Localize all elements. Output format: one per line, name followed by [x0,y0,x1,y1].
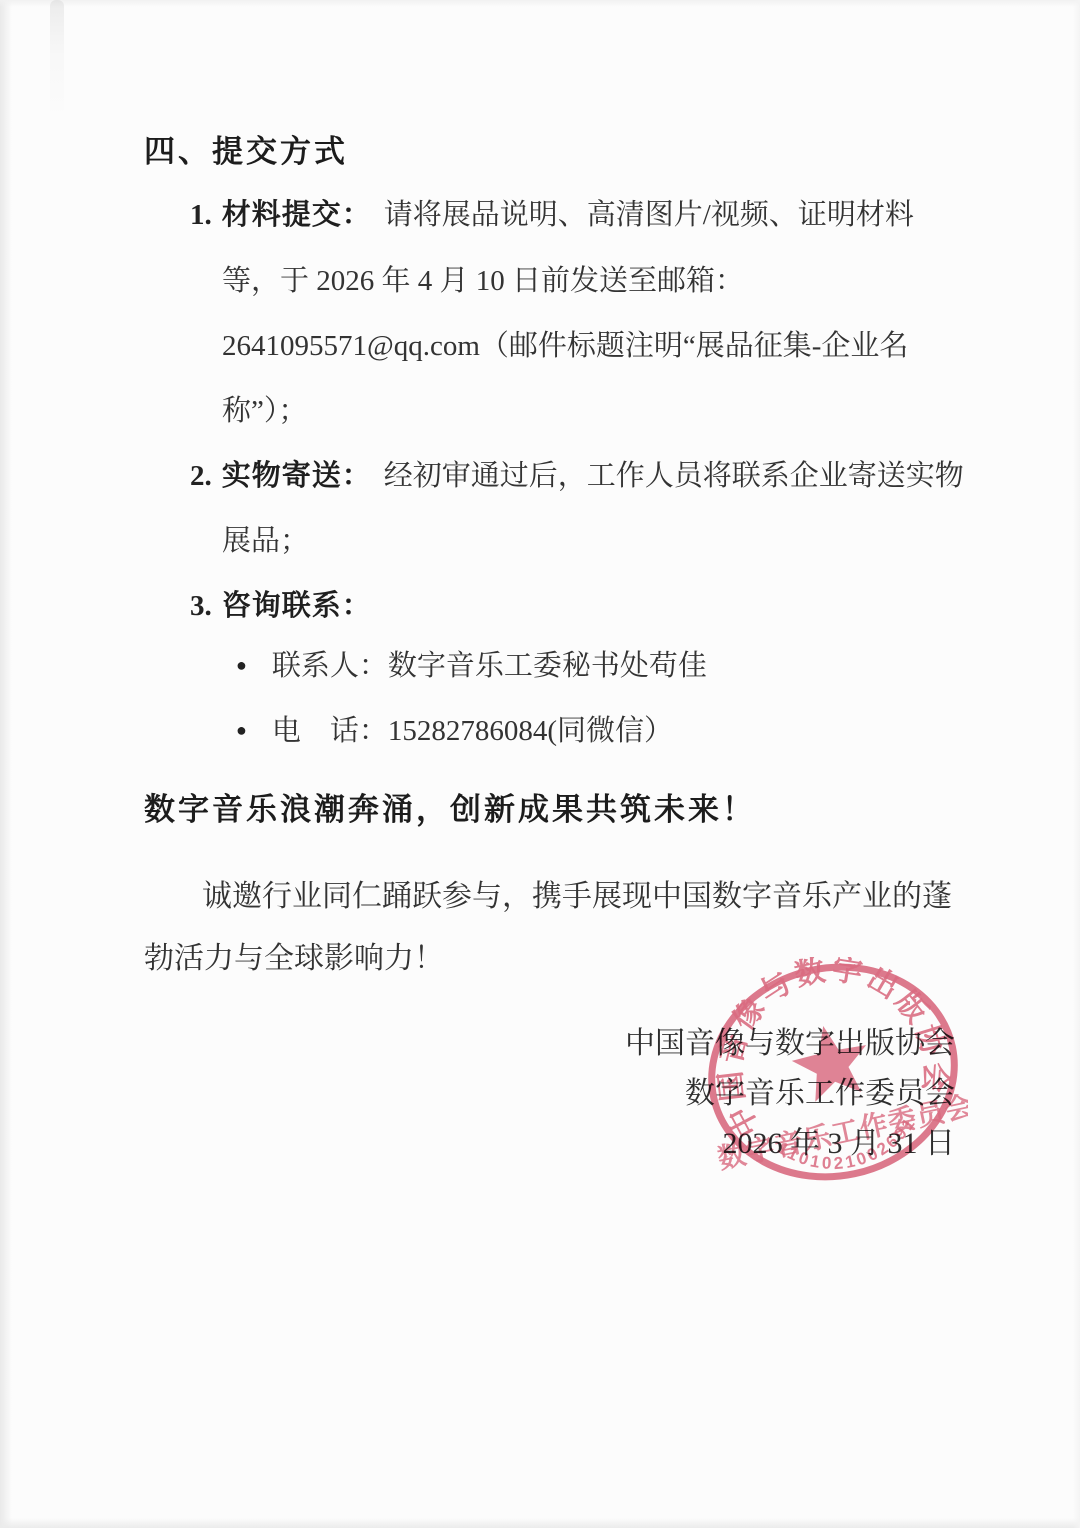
list-item-number: 3. [190,590,212,622]
list-item-label: 实物寄送： [222,460,372,492]
bullet-icon: ● [236,720,247,741]
slogan-line: 数字音乐浪潮奔涌，创新成果共筑未来！ [144,784,756,829]
list-item-2-line-1: 2.实物寄送：经初审通过后，工作人员将联系企业寄送实物 [190,453,964,494]
list-item-text: 经初审通过后，工作人员将联系企业寄送实物 [384,460,964,492]
contact-person-line: ●联系人：数字音乐工委秘书处苟佳 [236,643,707,684]
list-item-label: 材料提交： [222,199,372,231]
page-edge-shading [0,0,1080,7]
document-page: 四、提交方式 1.材料提交：请将展品说明、高清图片/视频、证明材料 等，于 20… [0,0,1080,1528]
bullet-icon: ● [236,655,247,676]
page-edge-shading [1073,0,1080,1528]
list-item-label: 咨询联系： [222,590,372,622]
signature-date-line: 2026 年 3 月 31 日 [723,1118,956,1162]
closing-paragraph-line-2: 勃活力与全球影响力！ [144,933,444,977]
contact-person-text: 联系人：数字音乐工委秘书处苟佳 [272,650,707,682]
closing-paragraph-line-1: 诚邀行业同仁踊跃参与，携手展现中国数字音乐产业的蓬 [202,871,952,915]
scan-smudge [50,0,64,120]
page-edge-shading [0,1518,1080,1528]
list-item-1-line-4: 称”）； [222,388,307,429]
section-heading: 四、提交方式 [144,126,348,171]
list-item-2-line-2: 展品； [222,518,309,559]
signature-org-line: 中国音像与数字出版协会 [625,1018,955,1062]
email-line: 2641095571@qq.com（邮件标题注明“展品征集-企业名 [222,323,908,364]
list-item-text: 请将展品说明、高清图片/视频、证明材料 [384,199,914,231]
phone-line: ●电 话：15282786084(同微信） [236,708,673,749]
list-item-1-line-2: 等，于 2026 年 4 月 10 日前发送至邮箱： [222,258,744,299]
signature-committee-line: 数字音乐工作委员会 [685,1068,955,1112]
phone-text: 电 话：15282786084(同微信） [272,715,673,747]
list-item-number: 1. [190,199,212,231]
list-item-number: 2. [190,460,212,492]
list-item-1-line-1: 1.材料提交：请将展品说明、高清图片/视频、证明材料 [190,192,914,233]
page-edge-shading [0,0,12,1528]
list-item-3-line-1: 3.咨询联系： [190,583,384,624]
